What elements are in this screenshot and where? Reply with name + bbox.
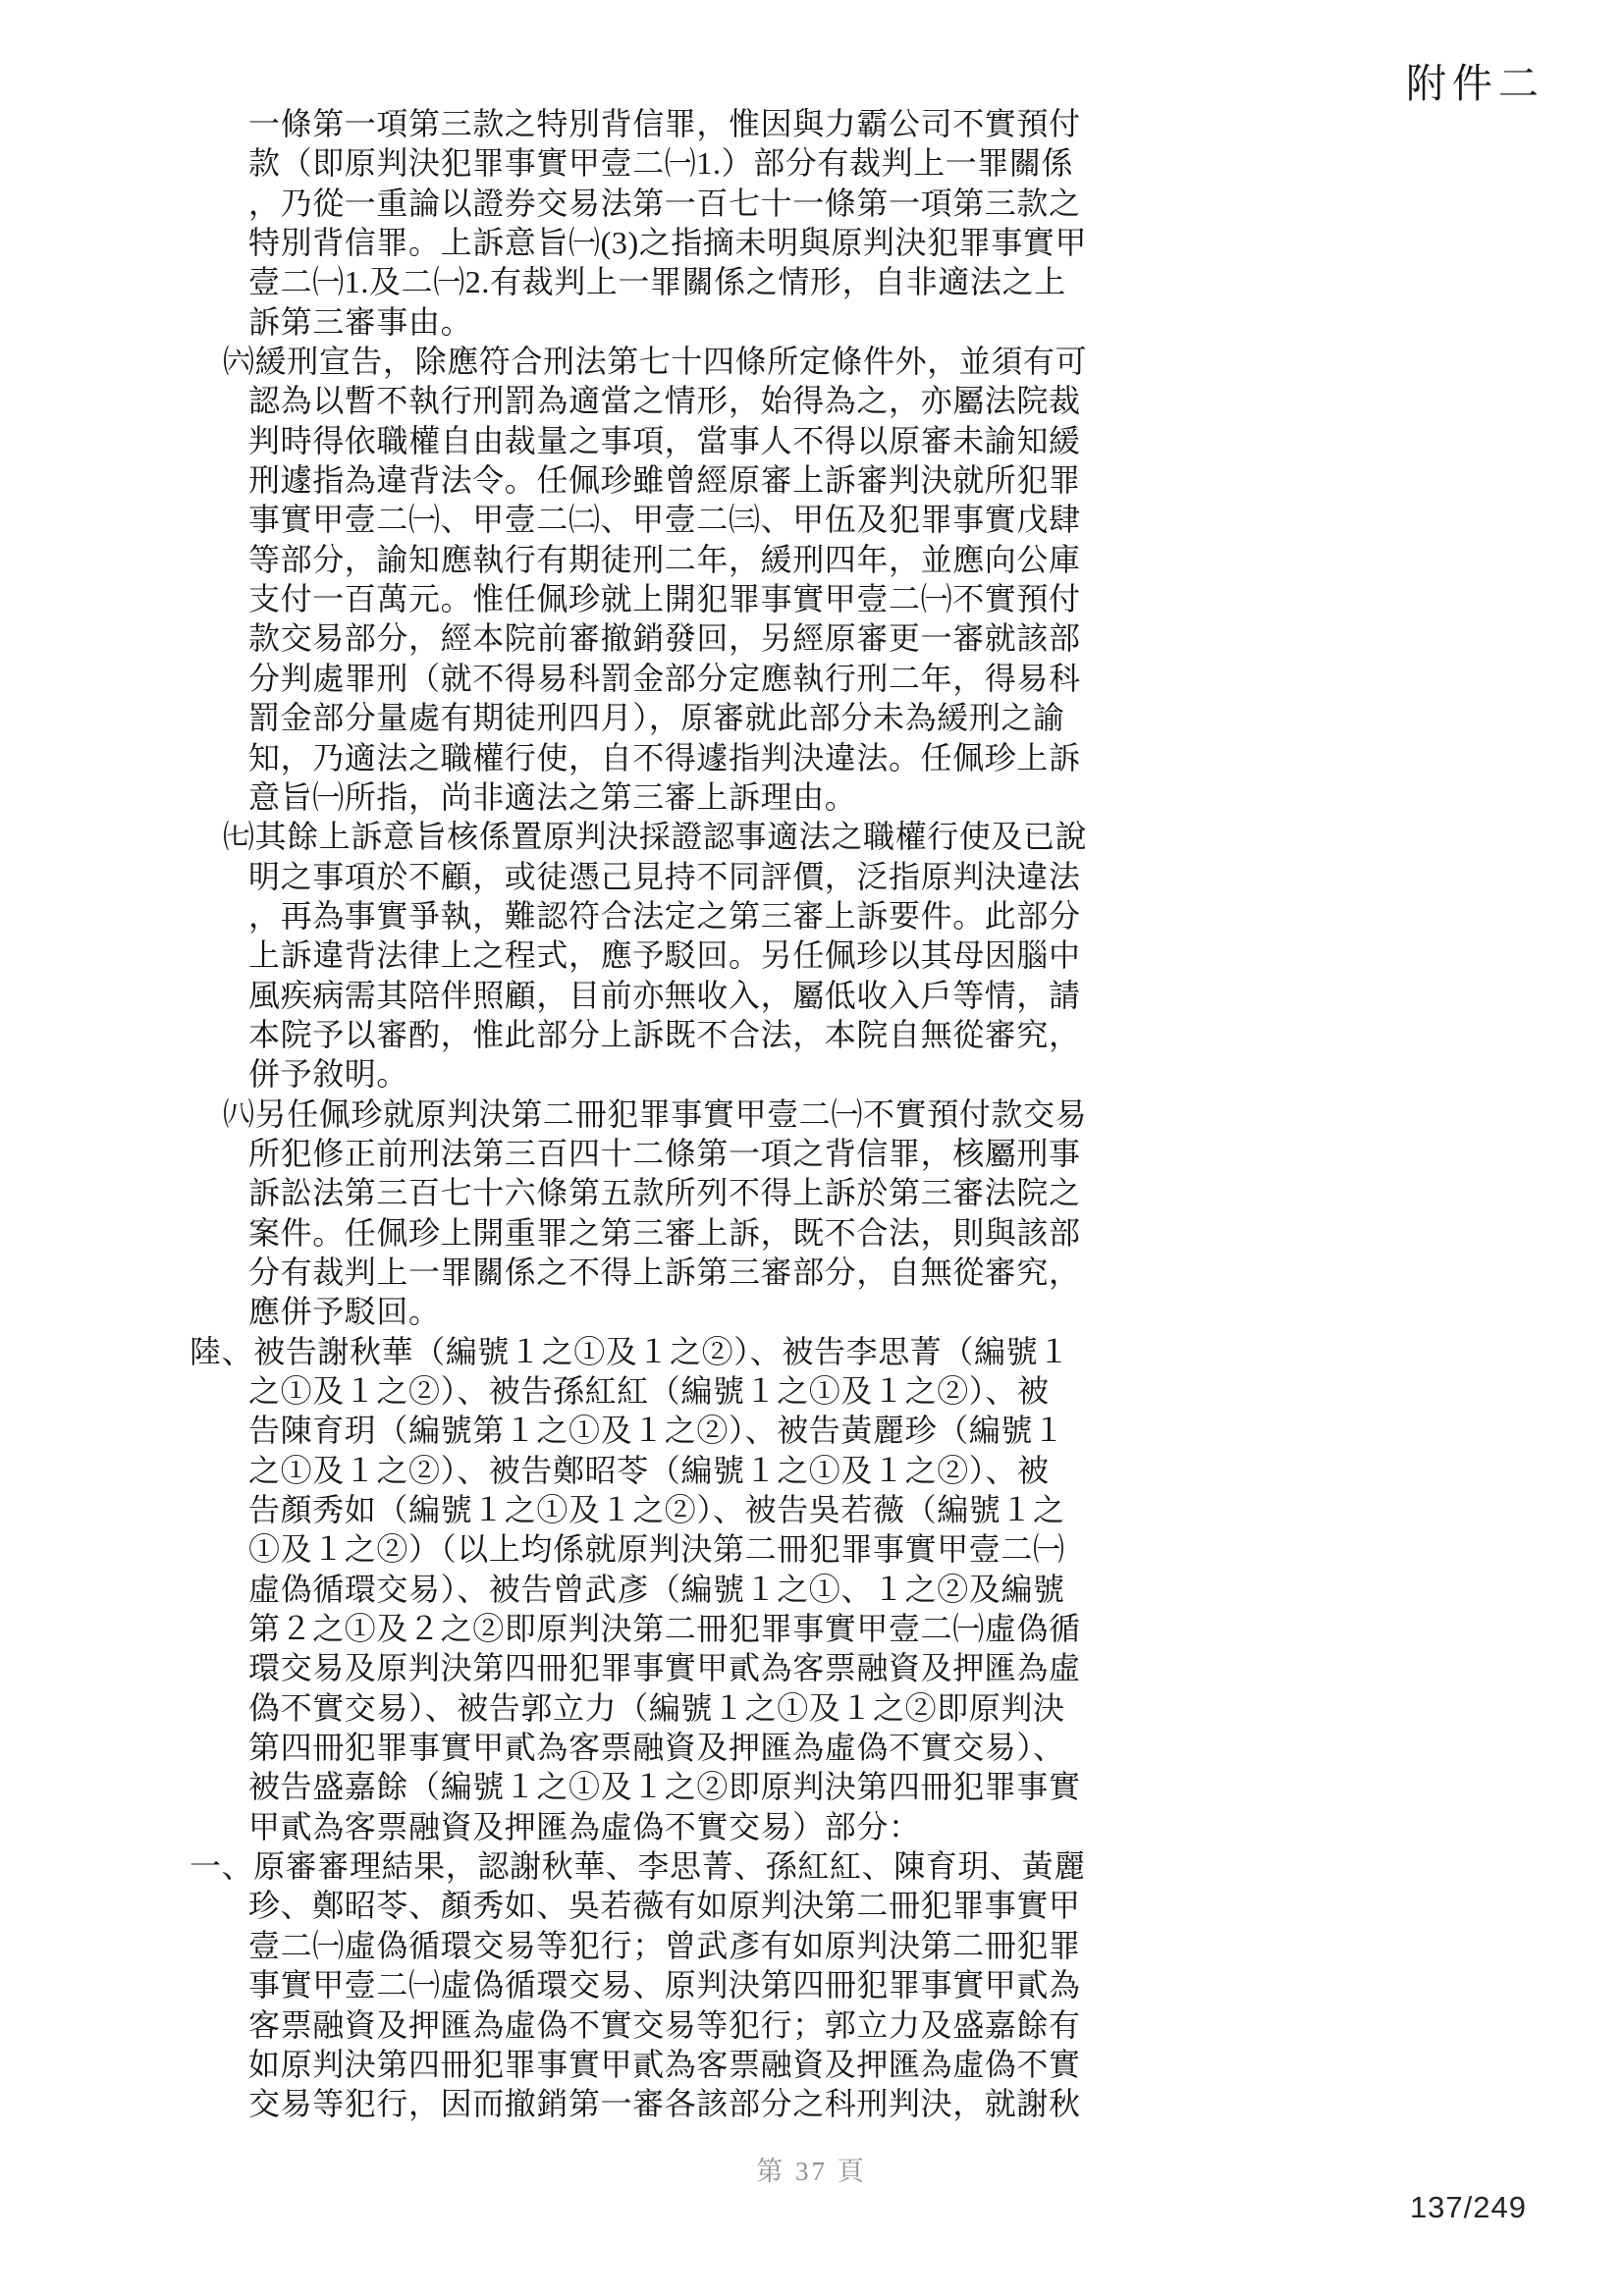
text-line: 風疾病需其陪伴照顧，目前亦無收入，屬低收入戶等情，請 xyxy=(0,976,1623,1015)
text-line: 第四冊犯罪事實甲貳為客票融資及押匯為虛偽不實交易）、 xyxy=(0,1728,1623,1767)
text-line: 款交易部分，經本院前審撤銷發回，另經原審更一審就該部 xyxy=(0,618,1623,658)
text-line: 刑遽指為違背法令。任佩珍雖曾經原審上訴審判決就所犯罪 xyxy=(0,460,1623,500)
text-line: 甲貳為客票融資及押匯為虛偽不實交易）部分： xyxy=(0,1807,1623,1846)
text-line: 上訴違背法律上之程式，應予駁回。另任佩珍以其母因腦中 xyxy=(0,935,1623,975)
text-line: 事實甲壹二㈠虛偽循環交易、原判決第四冊犯罪事實甲貳為 xyxy=(0,1965,1623,2004)
sheet-counter: 137/249 xyxy=(1410,2190,1527,2225)
text-line: 特別背信罪。上訴意旨㈠(3)之指摘未明與原判決犯罪事實甲 xyxy=(0,223,1623,262)
text-line: 意旨㈠所指，尚非適法之第三審上訴理由。 xyxy=(0,777,1623,817)
text-line: 之①及１之②）、被告鄭昭苓（編號１之①及１之②）、被 xyxy=(0,1451,1623,1490)
text-line: 本院予以審酌，惟此部分上訴既不合法，本院自無從審究， xyxy=(0,1015,1623,1054)
text-line: 虛偽循環交易）、被告曾武彥（編號１之①、１之②及編號 xyxy=(0,1570,1623,1609)
text-line: 如原判決第四冊犯罪事實甲貳為客票融資及押匯為虛偽不實 xyxy=(0,2045,1623,2084)
attachment-label: 附件二 xyxy=(1406,51,1544,109)
section-6-line: ㈥緩刑宣告，除應符合刑法第七十四條所定條件外，並須有可 xyxy=(0,342,1623,381)
text-line: 壹二㈠1.及二㈠2.有裁判上一罪關係之情形，自非適法之上 xyxy=(0,262,1623,301)
text-line: 偽不實交易）、被告郭立力（編號１之①及１之②即原判決 xyxy=(0,1688,1623,1728)
page-number: 第 37 頁 xyxy=(0,2150,1623,2188)
text-line: 告顏秀如（編號１之①及１之②）、被告吳若薇（編號１之 xyxy=(0,1490,1623,1529)
text-line: 珍、鄭昭苓、顏秀如、吳若薇有如原判決第二冊犯罪事實甲 xyxy=(0,1886,1623,1925)
text-line: 支付一百萬元。惟任佩珍就上開犯罪事實甲壹二㈠不實預付 xyxy=(0,579,1623,618)
text-line: 判時得依職權自由裁量之事項，當事人不得以原審未諭知緩 xyxy=(0,421,1623,460)
text-line: 知，乃適法之職權行使，自不得遽指判決違法。任佩珍上訴 xyxy=(0,738,1623,777)
text-line: ①及１之②）（以上均係就原判決第二冊犯罪事實甲壹二㈠ xyxy=(0,1529,1623,1569)
text-line: 事實甲壹二㈠、甲壹二㈡、甲壹二㈢、甲伍及犯罪事實戊肆 xyxy=(0,500,1623,539)
text-line: 案件。任佩珍上開重罪之第三審上訴，既不合法，則與該部 xyxy=(0,1213,1623,1253)
text-line: ，乃從一重論以證券交易法第一百七十一條第一項第三款之 xyxy=(0,184,1623,223)
text-line: 明之事項於不顧，或徒憑己見持不同評價，泛指原判決違法 xyxy=(0,857,1623,896)
text-line: 第２之①及２之②即原判決第二冊犯罪事實甲壹二㈠虛偽循 xyxy=(0,1609,1623,1648)
text-line: 罰金部分量處有期徒刑四月），原審就此部分未為緩刑之諭 xyxy=(0,698,1623,737)
text-line: 等部分，諭知應執行有期徒刑二年，緩刑四年，並應向公庫 xyxy=(0,540,1623,579)
text-line: 分判處罪刑（就不得易科罰金部分定應執行刑二年，得易科 xyxy=(0,659,1623,698)
text-line: 壹二㈠虛偽循環交易等犯行；曾武彥有如原判決第二冊犯罪 xyxy=(0,1926,1623,1965)
text-line: 分有裁判上一罪關係之不得上訴第三審部分，自無從審究， xyxy=(0,1253,1623,1292)
text-line: ，再為事實爭執，難認符合法定之第三審上訴要件。此部分 xyxy=(0,896,1623,935)
text-line: 訴第三審事由。 xyxy=(0,302,1623,342)
text-line: 併予敘明。 xyxy=(0,1054,1623,1094)
text-line: 客票融資及押匯為虛偽不實交易等犯行；郭立力及盛嘉餘有 xyxy=(0,2005,1623,2045)
text-line: 款（即原判決犯罪事實甲壹二㈠1.）部分有裁判上一罪關係 xyxy=(0,143,1623,183)
section-8-line: ㈧另任佩珍就原判決第二冊犯罪事實甲壹二㈠不實預付款交易 xyxy=(0,1095,1623,1134)
text-line: 環交易及原判決第四冊犯罪事實甲貳為客票融資及押匯為虛 xyxy=(0,1648,1623,1687)
text-line: 應併予駁回。 xyxy=(0,1292,1623,1331)
section-yi-line: 一、原審審理結果，認謝秋華、李思菁、孫紅紅、陳育玥、黃麗 xyxy=(0,1846,1623,1886)
text-line: 所犯修正前刑法第三百四十二條第一項之背信罪，核屬刑事 xyxy=(0,1134,1623,1173)
section-7-line: ㈦其餘上訴意旨核係置原判決採證認事適法之職權行使及已說 xyxy=(0,817,1623,856)
text-line: 一條第一項第三款之特別背信罪，惟因與力霸公司不實預付 xyxy=(0,104,1623,143)
text-line: 訴訟法第三百七十六條第五款所列不得上訴於第三審法院之 xyxy=(0,1173,1623,1212)
section-liu-line: 陸、被告謝秋華（編號１之①及１之②）、被告李思菁（編號１ xyxy=(0,1332,1623,1371)
text-line: 之①及１之②）、被告孫紅紅（編號１之①及１之②）、被 xyxy=(0,1371,1623,1411)
text-line: 認為以暫不執行刑罰為適當之情形，始得為之，亦屬法院裁 xyxy=(0,381,1623,420)
document-page: 附件二 一條第一項第三款之特別背信罪，惟因與力霸公司不實預付 款（即原判決犯罪事… xyxy=(0,0,1623,2296)
text-line: 被告盛嘉餘（編號１之①及１之②即原判決第四冊犯罪事實 xyxy=(0,1767,1623,1806)
text-line: 交易等犯行，因而撤銷第一審各該部分之科刑判決，就謝秋 xyxy=(0,2084,1623,2123)
text-line: 告陳育玥（編號第１之①及１之②）、被告黃麗珍（編號１ xyxy=(0,1411,1623,1450)
judgment-text-block: 一條第一項第三款之特別背信罪，惟因與力霸公司不實預付 款（即原判決犯罪事實甲壹二… xyxy=(0,104,1623,2124)
